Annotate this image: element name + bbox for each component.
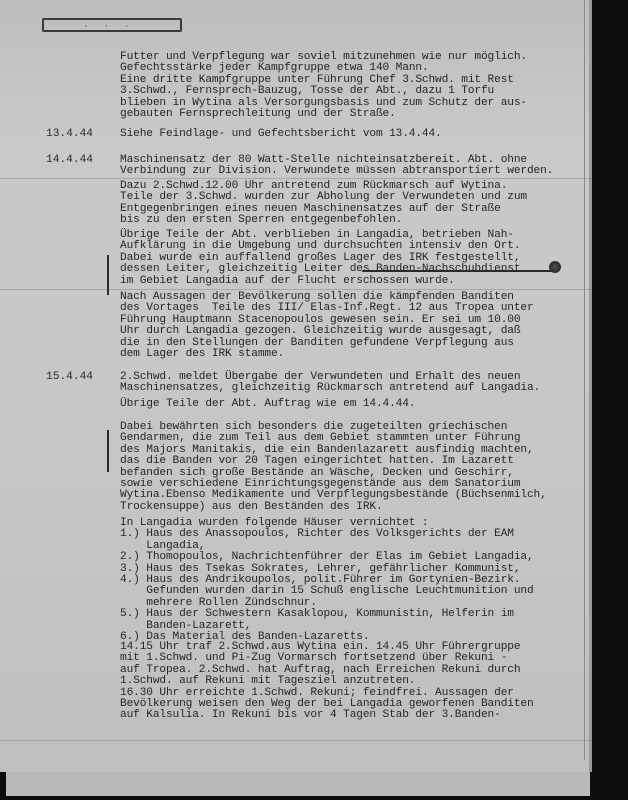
text-line: das die Banden vor 20 Tagen eingerichtet… — [120, 456, 514, 467]
text-line: blieben in Wytina als Versorgungsbasis u… — [120, 98, 527, 109]
text-line: Bevölkerung weisen den Weg der bei Langa… — [120, 699, 534, 710]
text-line: 16.30 Uhr erreichte 1.Schwd. Rekuni; fei… — [120, 688, 514, 699]
fold-line — [0, 289, 592, 290]
text-line: Teile der 3.Schwd. wurden zur Abholung d… — [120, 192, 527, 203]
archive-stamp: · · · — [42, 18, 182, 32]
text-line: Banden-Lazarett, — [120, 621, 251, 632]
document-page: · · · Futter und Verpflegung war soviel … — [0, 0, 592, 772]
text-line: auf Tropea. 2.Schwd. hat Auftrag, nach E… — [120, 665, 520, 676]
text-line: Entgegenbringen eines neuen Maschinensat… — [120, 204, 501, 215]
text-line: Uhr durch Langadia gezogen. Gleichzeitig… — [120, 326, 520, 337]
text-line: mehrere Rollen Zündschnur. — [120, 598, 317, 609]
text-line: befanden sich große Bestände an Wäsche, … — [120, 468, 514, 479]
text-line: auf Kalsulia. In Rekuni bis vor 4 Tagen … — [120, 710, 501, 721]
text-line: im Gebiet Langadia auf der Flucht erscho… — [120, 276, 455, 287]
text-line: des Majors Manitakis, die ein Bandenlaza… — [120, 445, 534, 456]
text-line: gebauten Fernsprechleitung und der Straß… — [120, 109, 396, 120]
text-line: Verbindung zur Division. Verwundete müss… — [120, 166, 553, 177]
entry-date: 14.4.44 — [46, 155, 93, 166]
text-line: 1.) Haus des Anassopoulos, Richter des V… — [120, 529, 514, 540]
text-line: Maschinensatzes, gleichzeitig Rückmarsch… — [120, 383, 540, 394]
text-line: bis zu den ersten Sperren entgegenbefohl… — [120, 215, 402, 226]
margin-mark — [107, 430, 109, 472]
text-line: Dazu 2.Schwd.12.00 Uhr antretend zum Rüc… — [120, 181, 507, 192]
text-line: Übrige Teile der Abt. Auftrag wie em 14.… — [120, 399, 415, 410]
text-line: Gendarmen, die zum Teil aus dem Gebiet s… — [120, 433, 520, 444]
entry-date: 13.4.44 — [46, 129, 93, 140]
text-line: Gefechtsstärke jeder Kampfgruppe etwa 14… — [120, 63, 429, 74]
text-line: die in den Stellungen der Banditen gefun… — [120, 338, 514, 349]
text-line: sowie verschiedene Einrichtungsgegenstän… — [120, 479, 520, 490]
text-line: 3.Schwd., Fernsprech-Bauzug, Tosse der A… — [120, 86, 494, 97]
text-line: Nach Aussagen der Bevölkerung sollen die… — [120, 292, 514, 303]
text-line: 2.Schwd. meldet Übergabe der Verwundeten… — [120, 372, 520, 383]
text-line: Futter und Verpflegung war soviel mitzun… — [120, 52, 527, 63]
text-line: Aufklärung in die Umgebung und durchsuch… — [120, 241, 520, 252]
entry-date: 15.4.44 — [46, 372, 93, 383]
margin-mark — [107, 255, 109, 295]
text-line: Eine dritte Kampfgruppe unter Führung Ch… — [120, 75, 514, 86]
text-line: 5.) Haus der Schwestern Kasaklopou, Komm… — [120, 609, 514, 620]
text-line: Trockensuppe) aus den Beständen des IRK. — [120, 502, 383, 513]
text-line: 4.) Haus des Andrikoupolos, polit.Führer… — [120, 575, 520, 586]
text-line: Dabei bewährten sich besonders die zuget… — [120, 422, 507, 433]
text-line: Siehe Feindlage- und Gefechtsbericht vom… — [120, 129, 442, 140]
text-line: In Langadia wurden folgende Häuser verni… — [120, 518, 429, 529]
text-line: Übrige Teile der Abt. verblieben in Lang… — [120, 230, 514, 241]
handwritten-strike — [362, 270, 552, 272]
text-line: Maschinensatz der 80 Watt-Stelle nichtei… — [120, 155, 527, 166]
text-line: dem Lager des IRK stamme. — [120, 349, 284, 360]
text-line: 2.) Thomopoulos, Nachrichtenführer der E… — [120, 552, 534, 563]
text-line: des Vortages Teile des III/ Elas-Inf.Reg… — [120, 303, 534, 314]
page-bottom-margin — [6, 772, 590, 796]
text-line: 14.15 Uhr traf 2.Schwd.aus Wytina ein. 1… — [120, 642, 520, 653]
text-line: 3.) Haus des Tsekas Sokrates, Lehrer, ge… — [120, 564, 520, 575]
text-line: 1.Schwd. auf Rekuni mit Tagesziel anzutr… — [120, 676, 415, 687]
fold-line — [0, 178, 592, 179]
page-edge-rule — [584, 0, 585, 760]
text-line: Gefunden wurden darin 15 Schuß englische… — [120, 586, 534, 597]
text-line: Langadia, — [120, 541, 205, 552]
text-line: Wytina.Ebenso Medikamente und Verpflegun… — [120, 490, 547, 501]
text-line: Dabei wurde ein auffallend großes Lager … — [120, 253, 520, 264]
text-line: Führung Hauptmann Stacenopoulos gewesen … — [120, 315, 520, 326]
fold-line — [0, 740, 592, 741]
text-line: mit 1.Schwd. und Pi-Zug Vormarsch fortse… — [120, 653, 507, 664]
